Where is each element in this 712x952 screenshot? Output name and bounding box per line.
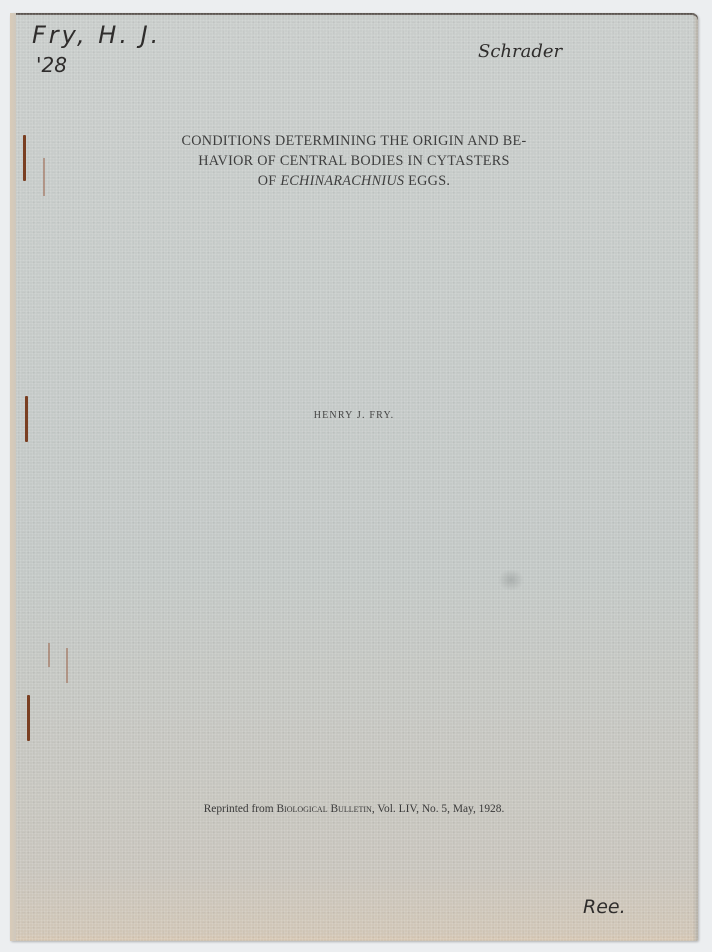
- title-line-3-prefix: OF: [258, 173, 281, 189]
- author-name: HENRY J. FRY.: [10, 410, 698, 421]
- document-title: CONDITIONS DETERMINING THE ORIGIN AND BE…: [10, 131, 698, 191]
- handwritten-year-note: '28: [36, 53, 67, 77]
- title-line-3-suffix: EGGS.: [404, 173, 450, 189]
- rust-stain-lower: [48, 643, 50, 667]
- species-name: ECHINARACHNIUS: [280, 173, 404, 189]
- staple-mark-bottom: [27, 695, 30, 741]
- paper-stain: [498, 569, 524, 591]
- handwritten-author-note: Fry, H. J.: [32, 21, 161, 49]
- title-line-2: HAVIOR OF CENTRAL BODIES IN CYTASTERS: [10, 151, 698, 171]
- handwritten-signature: Schrader: [478, 41, 562, 62]
- title-line-1: CONDITIONS DETERMINING THE ORIGIN AND BE…: [10, 131, 698, 151]
- journal-name: Biological Bulletin: [276, 803, 371, 815]
- title-line-3: OF ECHINARACHNIUS EGGS.: [10, 171, 698, 191]
- reprint-suffix: , Vol. LIV, No. 5, May, 1928.: [372, 803, 504, 815]
- reprint-prefix: Reprinted from: [204, 803, 277, 815]
- reprint-citation: Reprinted from Biological Bulletin, Vol.…: [10, 803, 698, 815]
- pamphlet-cover: Fry, H. J. '28 Schrader Ree. CONDITIONS …: [10, 13, 698, 941]
- rust-stain-lower-2: [66, 648, 68, 683]
- handwritten-initials: Ree.: [583, 896, 626, 918]
